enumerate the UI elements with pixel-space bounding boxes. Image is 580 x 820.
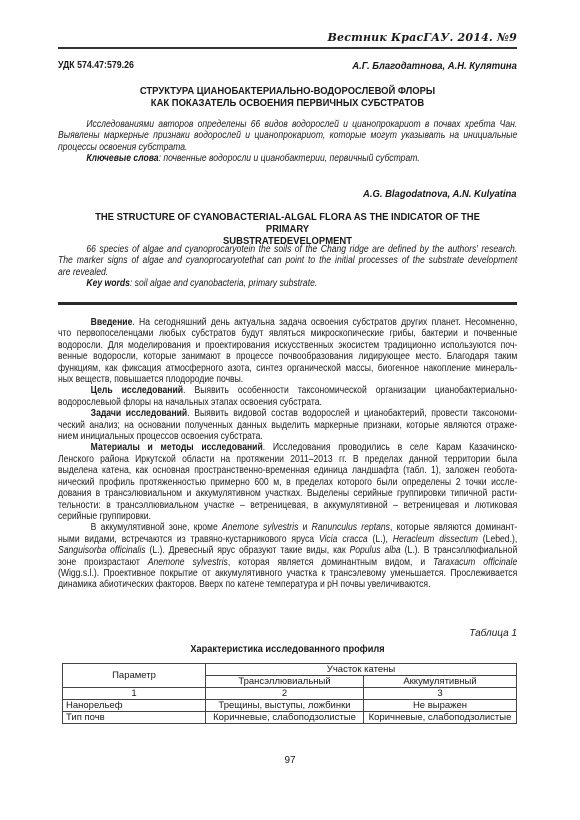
- title-ru-line-1: СТРУКТУРА ЦИАНОБАКТЕРИАЛЬНО-ВОДОРОСЛЕВОЙ…: [81, 85, 494, 97]
- zone-line: Sanguisorba officinalis (L.). Древесный …: [58, 545, 517, 556]
- title-ru-line-2: КАК ПОКАЗАТЕЛЬ ОСВОЕНИЯ ПЕРВИЧНЫХ СУБСТР…: [81, 97, 494, 109]
- goal-label: Цель исследований: [91, 385, 183, 396]
- abstract-en-line: 66 species of algae and cyanoprocaryotei…: [58, 244, 517, 255]
- title-en: THE STRUCTURE OF CYANOBACTERIAL-ALGAL FL…: [81, 211, 494, 247]
- tasks-line: Задачи исследований. Выявить видовой сос…: [58, 408, 517, 419]
- methods-line: тельности: в трансэллювиальном участке –…: [58, 500, 517, 511]
- methods-line: выделена катена, как основная пространст…: [58, 465, 517, 476]
- zone-line: зоне произрастают Anemone sylvestris, ко…: [58, 557, 517, 568]
- tasks-line: ческий анализ; на основании полученных д…: [58, 420, 517, 431]
- table-number-row: 1 2 3: [63, 688, 517, 700]
- methods-line: Ленского района Иркутской области на про…: [58, 454, 517, 465]
- methods-line: Материалы и методы исследований. Исследо…: [58, 442, 517, 453]
- authors-en: A.G. Blagodatnova, A.N. Kulyatina: [363, 188, 517, 200]
- goal-line: водорослевыой флоры на начальных этапах …: [58, 397, 517, 408]
- intro-line: функциям, как фиксация атмосферного азот…: [58, 363, 517, 374]
- methods-line: серийные группировки.: [58, 511, 517, 522]
- header-accumulative: Аккумулятивный: [364, 676, 517, 688]
- zone-line: (Wigg.s.l.). Проективное покрытие от акк…: [58, 568, 517, 579]
- table-row: Тип почв Коричневые, слабоподзолистые Ко…: [63, 712, 517, 724]
- abstract-ru-line: Исследованиями авторов определены 66 вид…: [58, 119, 517, 130]
- section-rule: [58, 302, 517, 305]
- abstract-en-line: are revealed.: [58, 267, 517, 278]
- page-number: 97: [0, 755, 580, 766]
- intro-line: ных веществ, повышается плодородие почвы…: [58, 374, 517, 385]
- intro-line: Введение. На сегодняшний день актуальна …: [58, 317, 517, 328]
- journal-header: Вестник КрасГАУ. 2014. №9: [328, 31, 517, 44]
- header-rule: [58, 47, 517, 49]
- methods-line: дования в трансэлювиальном и аккумулятив…: [58, 488, 517, 499]
- article-body: Введение. На сегодняшний день актуальна …: [58, 317, 517, 591]
- goal-line: Цель исследований. Выявить особенности т…: [58, 385, 517, 396]
- abstract-ru: Исследованиями авторов определены 66 вид…: [58, 119, 517, 165]
- header-parameter: Параметр: [63, 664, 206, 688]
- keywords-ru: Ключевые слова: почвенные водоросли и ци…: [58, 153, 517, 164]
- authors-ru: А.Г. Благодатнова, А.Н. Кулятина: [352, 60, 517, 72]
- keywords-en-text: : soil algae and cyanobacteria, primary …: [130, 278, 317, 289]
- intro-line: что первопоселенцами любых субстратов бу…: [58, 328, 517, 339]
- zone-line: динамика абиотических факторов. Вверх по…: [58, 579, 517, 590]
- title-en-line-1: THE STRUCTURE OF CYANOBACTERIAL-ALGAL FL…: [81, 211, 494, 235]
- zone-line: ными видами, встречаются из травяно-куст…: [58, 534, 517, 545]
- methods-label: Материалы и методы исследований: [91, 442, 263, 453]
- table-title: Характеристика исследованного профиля: [76, 644, 498, 655]
- abstract-ru-line: процессы освоения субстрата.: [58, 142, 517, 153]
- keywords-en: Key words: soil algae and cyanobacteria,…: [58, 278, 517, 289]
- keywords-ru-text: : почвенные водоросли и цианобактерии, п…: [159, 153, 420, 164]
- header-catena-section: Участок катены: [206, 664, 517, 676]
- title-ru: СТРУКТУРА ЦИАНОБАКТЕРИАЛЬНО-ВОДОРОСЛЕВОЙ…: [81, 85, 494, 109]
- zone-line: В аккумулятивной зоне, кроме Anemone syl…: [58, 522, 517, 533]
- intro-label: Введение: [91, 317, 133, 328]
- abstract-en-line: The marker signs of algae and cyanoproca…: [58, 255, 517, 266]
- abstract-en: 66 species of algae and cyanoprocaryotei…: [58, 244, 517, 290]
- table-header-row: Параметр Участок катены: [63, 664, 517, 676]
- intro-line: венные водоросли, которые занимают в про…: [58, 351, 517, 362]
- header-transeluvial: Трансэллювиальный: [206, 676, 364, 688]
- tasks-label: Задачи исследований: [91, 408, 188, 419]
- table-row: Нанорельеф Трещины, выступы, ложбинки Не…: [63, 700, 517, 712]
- tasks-line: нием инициальных процессов освоения субс…: [58, 431, 517, 442]
- intro-line: водоросли. Для моделирования и проектиро…: [58, 340, 517, 351]
- keywords-ru-label: Ключевые слова: [86, 153, 158, 164]
- methods-line: нический профиль протяженностью примерно…: [58, 477, 517, 488]
- table-number: Таблица 1: [469, 628, 517, 639]
- profile-table: Параметр Участок катены Трансэллювиальны…: [62, 663, 517, 724]
- abstract-ru-line: Выявлены маркерные признаки водорослей и…: [58, 130, 517, 141]
- udc-code: УДК 574.47:579.26: [58, 60, 134, 71]
- keywords-en-label: Key words: [86, 278, 129, 289]
